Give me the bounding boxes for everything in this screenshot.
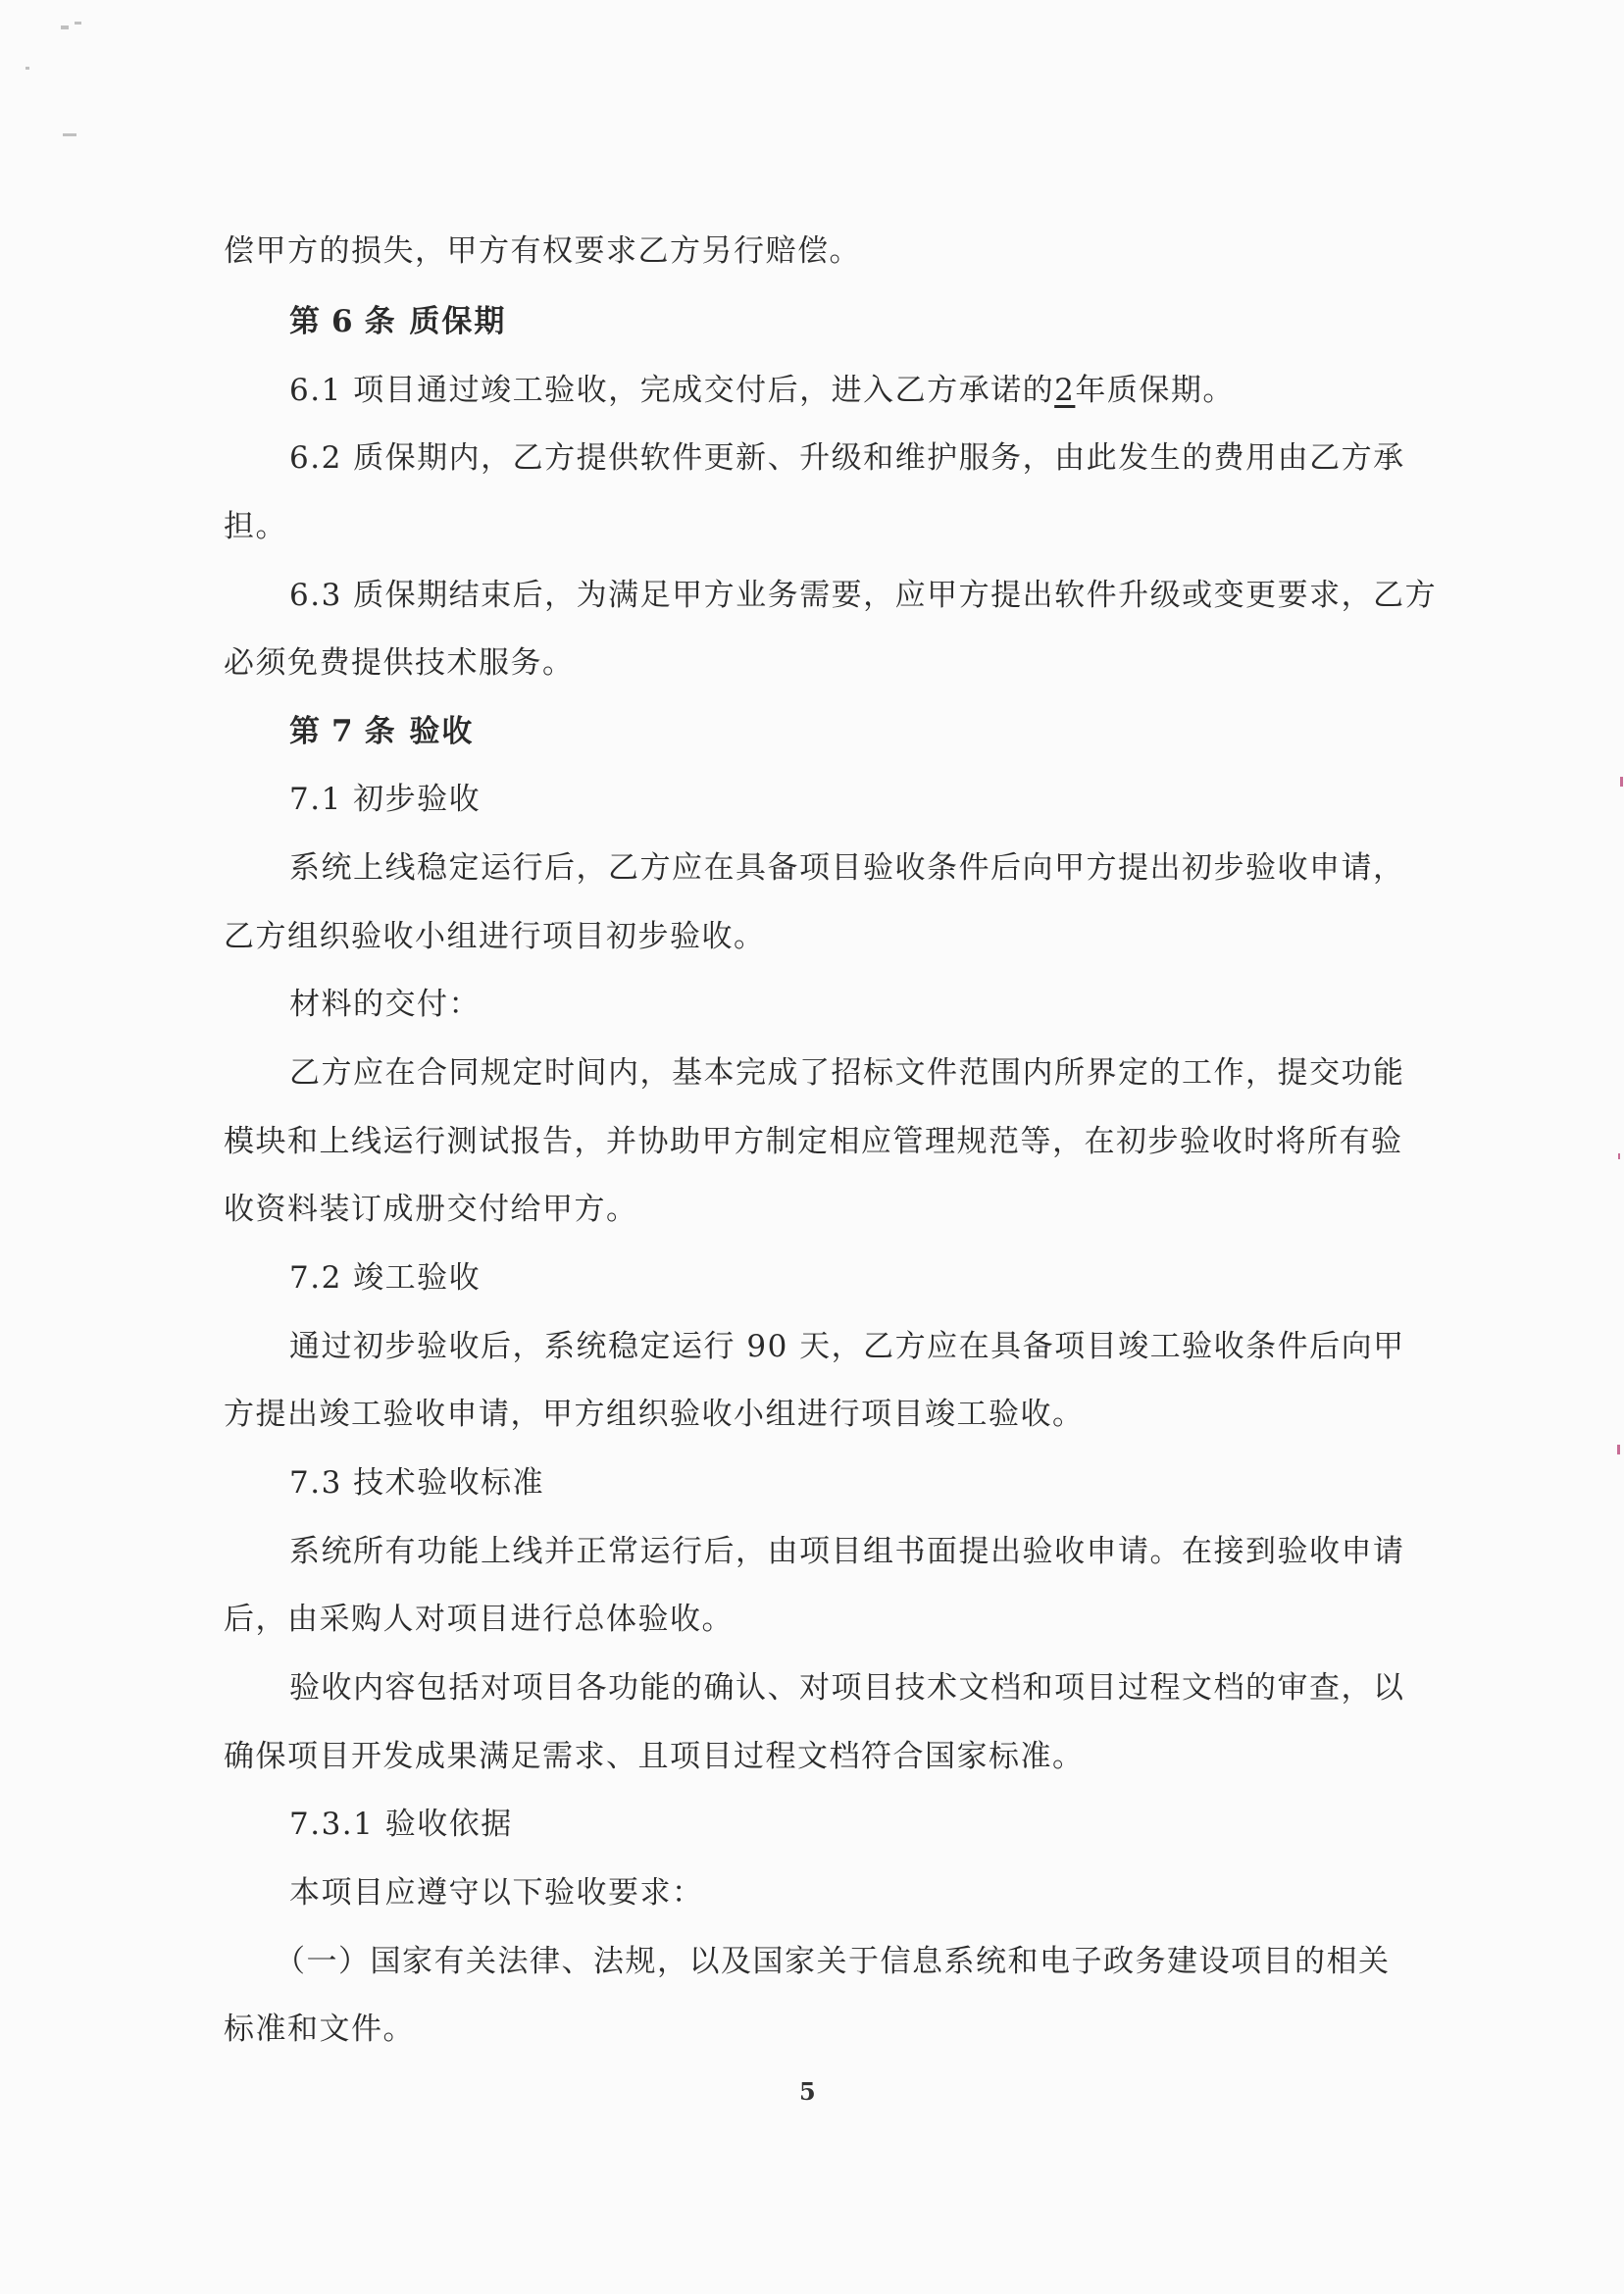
document-page: 偿甲方的损失，甲方有权要求乙方另行赔偿。 第6条 质保期 6.1 项目通过竣工验… bbox=[0, 0, 1624, 2294]
scan-artifact-mark bbox=[63, 133, 76, 136]
subsection-heading: 7.1 初步验收 bbox=[289, 780, 1471, 819]
page-number: 5 bbox=[799, 2077, 816, 2106]
paragraph-line: 乙方组织验收小组进行项目初步验收。 bbox=[224, 917, 1405, 956]
warranty-years-value: 2 bbox=[1054, 373, 1075, 408]
clause-text: 年质保期。 bbox=[1075, 373, 1235, 408]
subsection-heading: 7.3.1 验收依据 bbox=[289, 1805, 1471, 1844]
paragraph-line: 6.3 质保期结束后，为满足甲方业务需要，应甲方提出软件升级或变更要求，乙方 bbox=[289, 576, 1471, 615]
paragraph-line: 担。 bbox=[224, 507, 1405, 546]
scan-edge-mark bbox=[1620, 777, 1623, 787]
paragraph-line: 收资料装订成册交付给甲方。 bbox=[224, 1190, 1405, 1229]
clause-6-1: 6.1 项目通过竣工验收，完成交付后，进入乙方承诺的2年质保期。 bbox=[289, 371, 1471, 410]
paragraph-line: （一）国家有关法律、法规，以及国家关于信息系统和电子政务建设项目的相关 bbox=[275, 1942, 1456, 1981]
paragraph-line: 系统所有功能上线并正常运行后，由项目组书面提出验收申请。在接到验收申请 bbox=[289, 1532, 1471, 1571]
paragraph-line: 验收内容包括对项目各功能的确认、对项目技术文档和项目过程文档的审查，以 bbox=[289, 1668, 1471, 1708]
scan-artifact-mark bbox=[25, 67, 29, 70]
paragraph-line: 标准和文件。 bbox=[224, 2010, 1405, 2049]
scan-edge-mark bbox=[1617, 1445, 1620, 1454]
section-number: 7 bbox=[331, 714, 355, 749]
paragraph-line: 模块和上线运行测试报告，并协助甲方制定相应管理规范等，在初步验收时将所有验 bbox=[224, 1122, 1405, 1161]
section-heading-6: 第6条 质保期 bbox=[289, 302, 1471, 341]
paragraph-line: 方提出竣工验收申请，甲方组织验收小组进行项目竣工验收。 bbox=[224, 1395, 1405, 1434]
section-prefix: 第 bbox=[289, 304, 322, 339]
clause-text: 6.1 项目通过竣工验收，完成交付后，进入乙方承诺的 bbox=[289, 373, 1054, 408]
paragraph-line: 材料的交付： bbox=[289, 985, 1471, 1024]
section-title: 验收 bbox=[409, 714, 474, 749]
section-suffix: 条 bbox=[365, 714, 397, 749]
section-number: 6 bbox=[331, 304, 355, 339]
scan-artifact-mark bbox=[75, 22, 81, 25]
section-suffix: 条 bbox=[365, 304, 397, 339]
section-title: 质保期 bbox=[409, 304, 506, 339]
subsection-heading: 7.3 技术验收标准 bbox=[289, 1463, 1471, 1503]
paragraph-line: 偿甲方的损失，甲方有权要求乙方另行赔偿。 bbox=[224, 231, 1405, 271]
section-prefix: 第 bbox=[289, 714, 322, 749]
paragraph-line: 乙方应在合同规定时间内，基本完成了招标文件范围内所界定的工作，提交功能 bbox=[289, 1053, 1471, 1093]
paragraph-line: 通过初步验收后，系统稳定运行 90 天，乙方应在具备项目竣工验收条件后向甲 bbox=[289, 1327, 1471, 1366]
paragraph-line: 必须免费提供技术服务。 bbox=[224, 643, 1405, 683]
scan-edge-mark bbox=[1618, 1153, 1620, 1159]
subsection-heading: 7.2 竣工验收 bbox=[289, 1258, 1471, 1298]
scan-artifact-mark bbox=[61, 25, 69, 29]
paragraph-line: 6.2 质保期内，乙方提供软件更新、升级和维护服务，由此发生的费用由乙方承 bbox=[289, 438, 1471, 478]
paragraph-line: 系统上线稳定运行后，乙方应在具备项目验收条件后向甲方提出初步验收申请， bbox=[289, 848, 1471, 888]
paragraph-line: 后，由采购人对项目进行总体验收。 bbox=[224, 1600, 1405, 1639]
paragraph-line: 确保项目开发成果满足需求、且项目过程文档符合国家标准。 bbox=[224, 1737, 1405, 1776]
paragraph-line: 本项目应遵守以下验收要求： bbox=[289, 1873, 1471, 1912]
section-heading-7: 第7条 验收 bbox=[289, 712, 1471, 751]
